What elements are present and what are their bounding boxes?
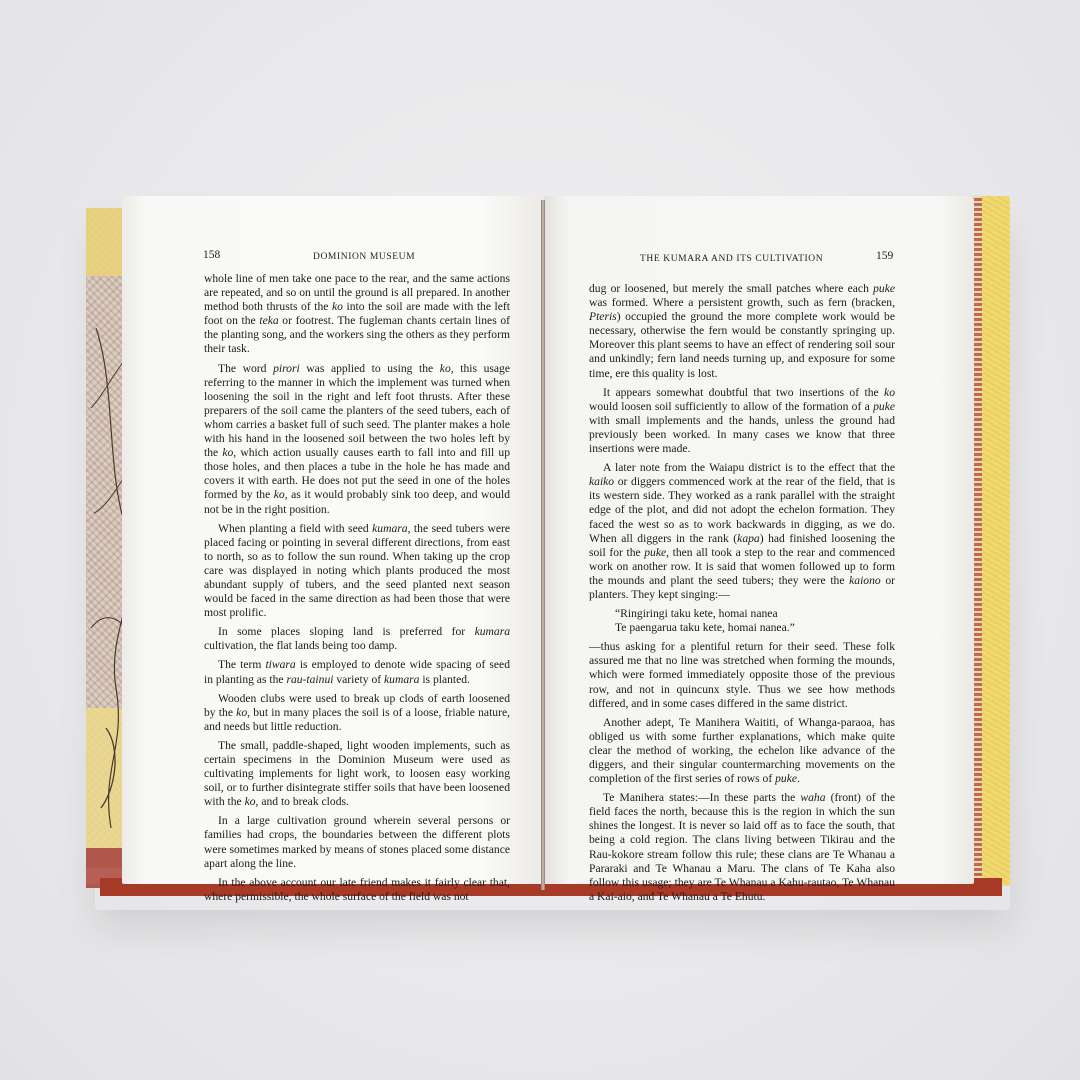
paragraph: whole line of men take one pace to the r… <box>204 272 510 357</box>
left-running-head: DOMINION MUSEUM <box>313 252 415 262</box>
paragraph: In the above account our late friend mak… <box>204 876 510 904</box>
right-running-head: THE KUMARA AND ITS CULTIVATION <box>640 254 823 264</box>
paragraph: When planting a field with seed kumara, … <box>204 522 510 621</box>
paragraph: —thus asking for a plentiful return for … <box>589 640 895 710</box>
left-page-number: 158 <box>203 249 220 261</box>
right-page-number: 159 <box>876 250 893 262</box>
paragraph: In a large cultivation ground wherein se… <box>204 814 510 870</box>
paragraph: A later note from the Waiapu district is… <box>589 461 895 602</box>
paragraph: Te Manihera states:—In these parts the w… <box>589 791 895 904</box>
verse-quote: “Ringiringi taku kete, homai naneaTe pae… <box>589 607 895 635</box>
paragraph: The term tiwara is employed to denote wi… <box>204 658 510 686</box>
right-page-body: dug or loosened, but merely the small pa… <box>589 282 895 909</box>
left-page-body: whole line of men take one pace to the r… <box>204 272 510 909</box>
book-gutter <box>541 200 545 890</box>
paragraph: Wooden clubs were used to break up clods… <box>204 692 510 734</box>
paragraph: The word pirori was applied to using the… <box>204 362 510 517</box>
paragraph: In some places sloping land is preferred… <box>204 625 510 653</box>
paragraph: The small, paddle-shaped, light wooden i… <box>204 739 510 809</box>
paragraph: dug or loosened, but merely the small pa… <box>589 282 895 381</box>
paragraph: Another adept, Te Manihera Waititi, of W… <box>589 716 895 786</box>
paragraph: It appears somewhat doubtful that two in… <box>589 386 895 456</box>
